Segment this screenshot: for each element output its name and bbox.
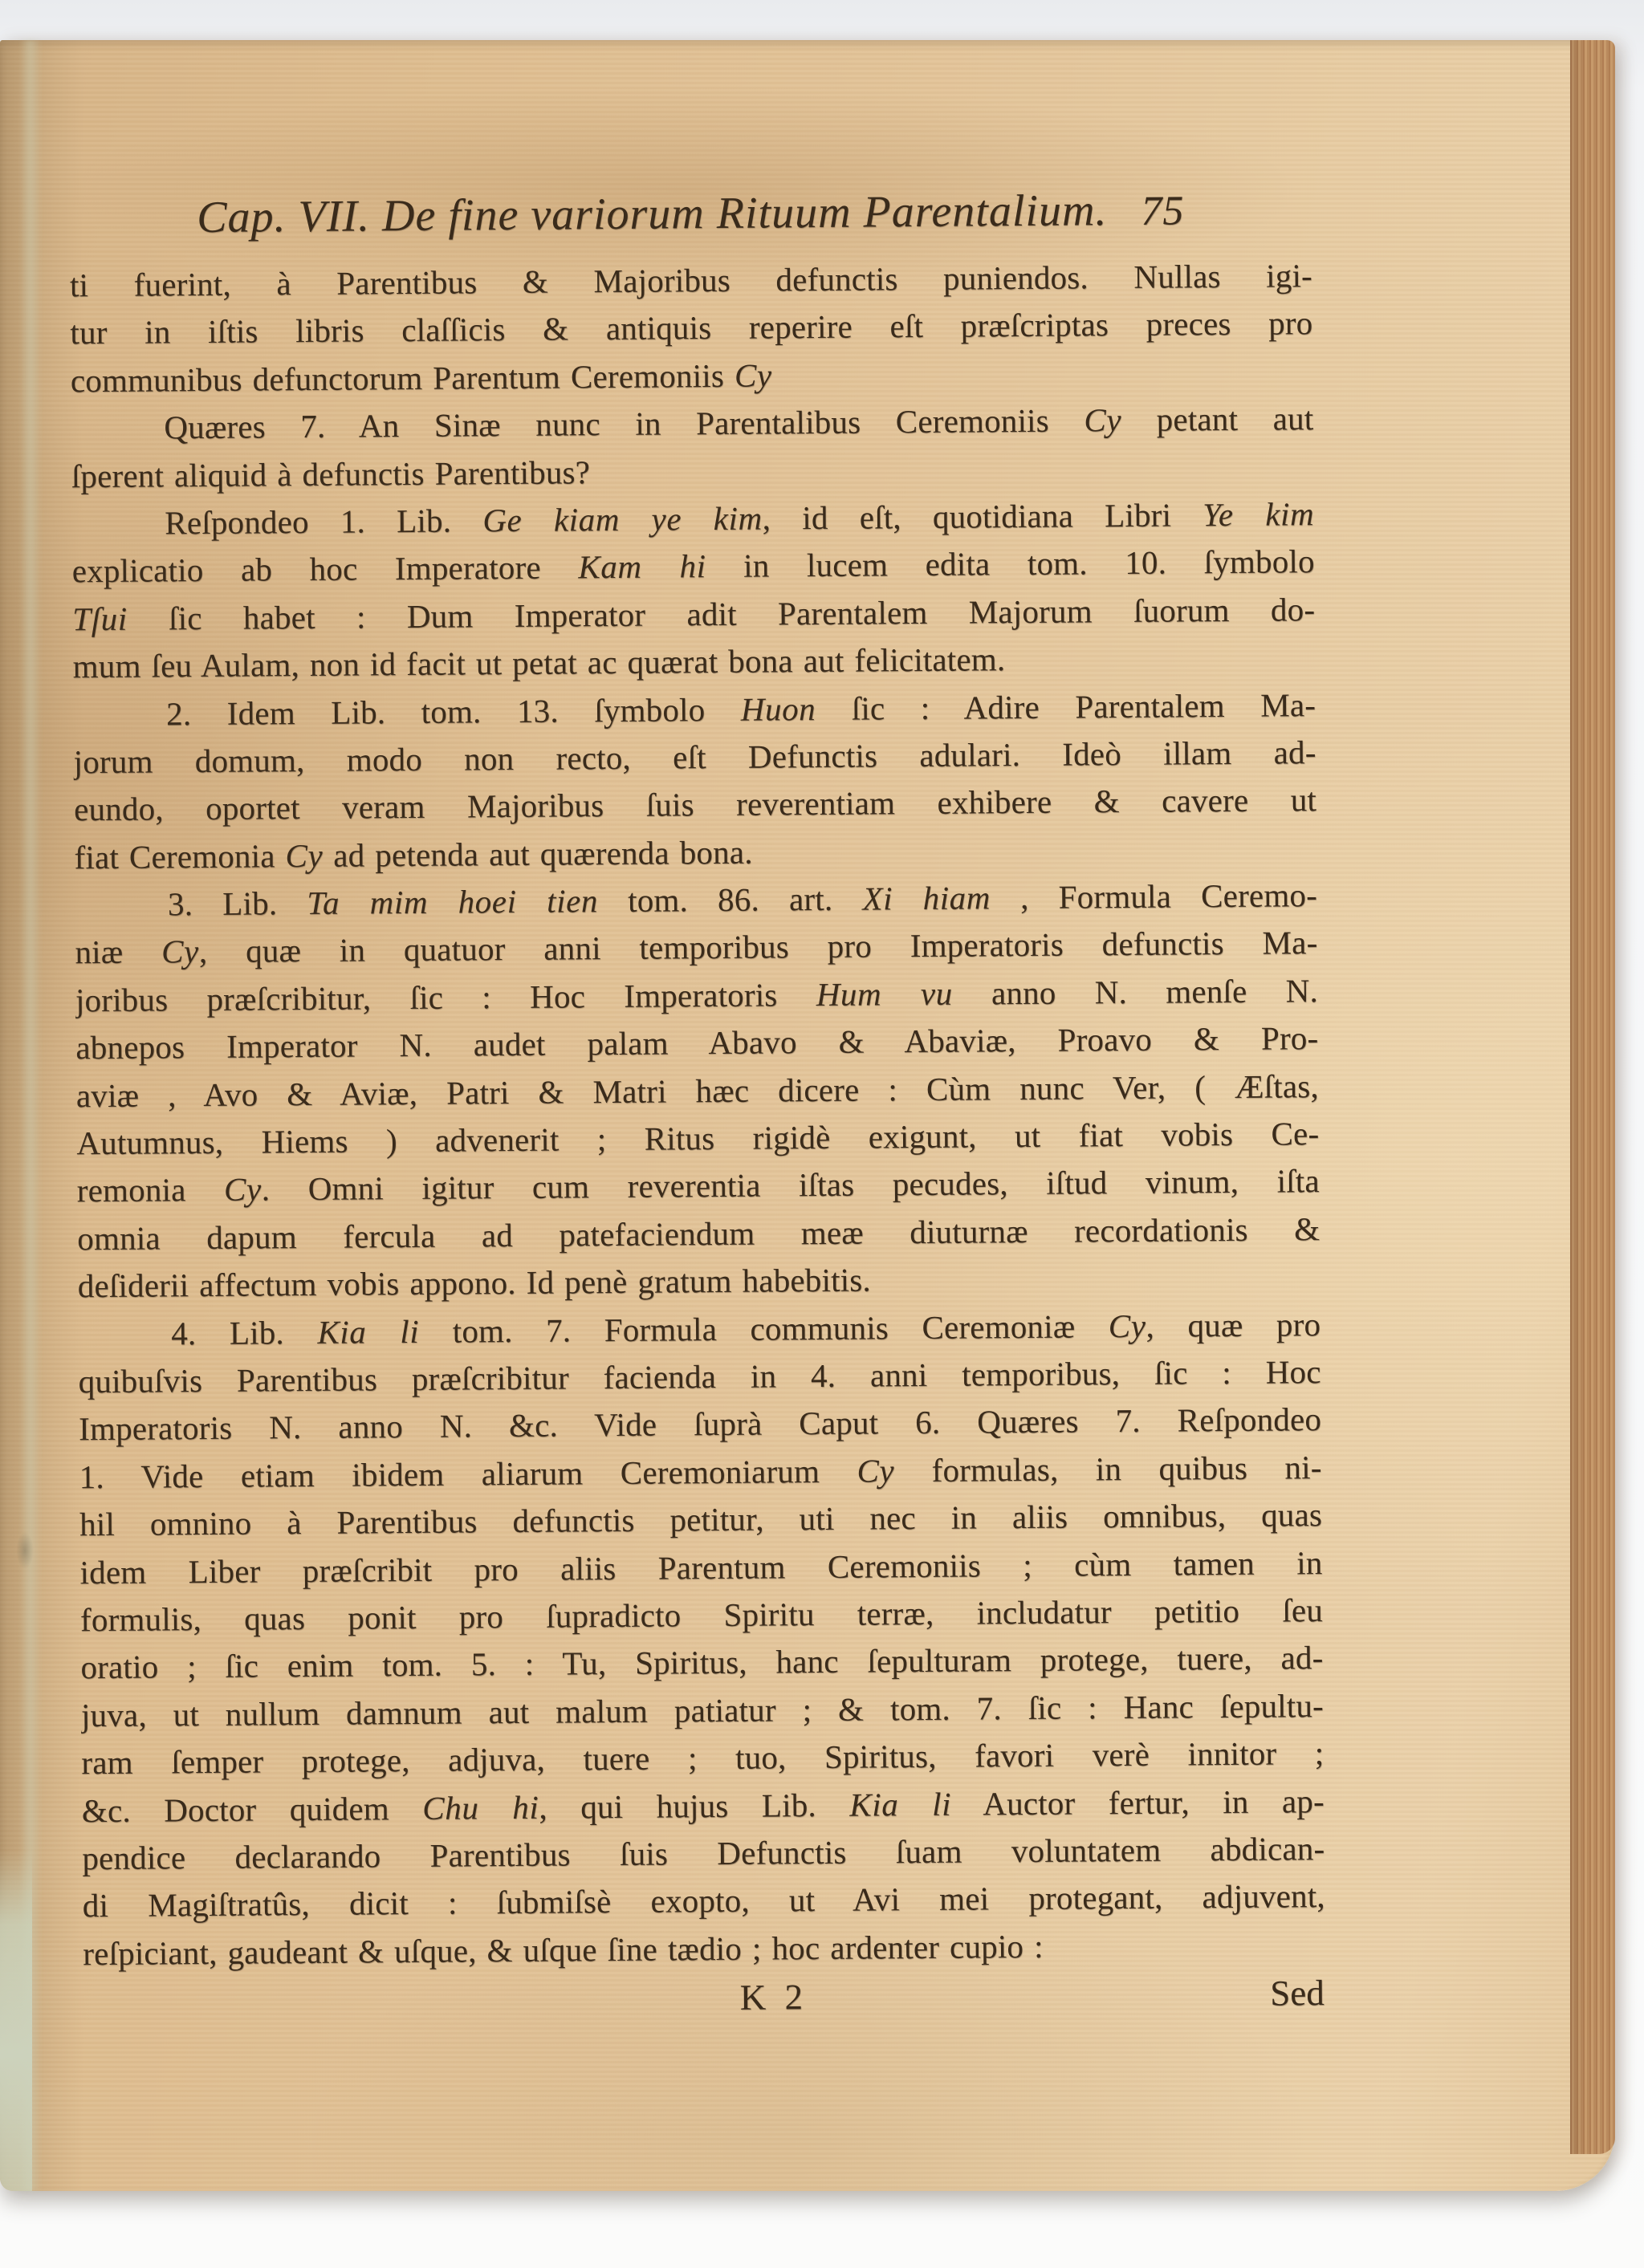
book-fore-edge (1570, 40, 1615, 2154)
text-line: omnia dapum fercula ad patefaciendum meæ… (77, 1205, 1320, 1263)
margin-smudge (13, 1525, 37, 1576)
page-number: 75 (1141, 188, 1184, 234)
signature-mark: K 2 (740, 1973, 808, 2021)
text-block: Cap. VII. De fine variorum Rituum Parent… (69, 177, 1326, 2029)
book-page: Cap. VII. De fine variorum Rituum Parent… (0, 40, 1615, 2191)
text-line: Tſui ſic habet : Dum Imperator adit Pare… (72, 586, 1315, 644)
text-line: Quæres 7. An Sinæ nunc in Parentalibus C… (71, 395, 1313, 453)
running-header: Cap. VII. De fine variorum Rituum Parent… (69, 177, 1312, 262)
page-footer: K 2 Sed (83, 1969, 1326, 2029)
scanned-book-image: Cap. VII. De fine variorum Rituum Parent… (0, 0, 1644, 2268)
chapter-title: Cap. VII. De fine variorum Rituum Parent… (197, 185, 1108, 242)
catchword: Sed (1270, 1969, 1325, 2017)
text-line: eundo, oportet veram Majoribus ſuis reve… (74, 776, 1316, 834)
binding-edge (0, 1850, 32, 2191)
body-text: ti fuerint, à Parentibus & Majoribus def… (70, 252, 1326, 1977)
text-line: reſpiciant, gaudeant & uſque, & uſque ſi… (83, 1920, 1325, 1978)
text-line: tur in iſtis libris claſſicis & antiquis… (70, 300, 1312, 358)
text-line: di Magiſtratûs, dicit : ſubmiſsè exopto,… (83, 1872, 1325, 1930)
